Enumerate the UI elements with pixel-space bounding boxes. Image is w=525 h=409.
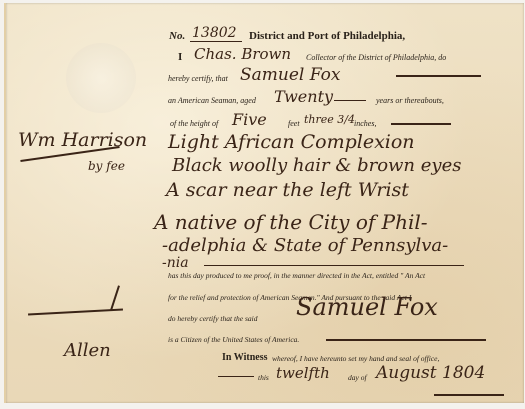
height-feet: Five <box>232 110 267 129</box>
this-label: this <box>258 373 269 382</box>
height-flourish <box>391 123 451 125</box>
origin-line-3: -nia <box>162 255 189 271</box>
height-inches: three 3/4 <box>304 113 355 126</box>
origin-line-1: A native of the City of Phil- <box>154 210 428 234</box>
citizen-line: is a Citizen of the United States of Ame… <box>168 335 299 344</box>
margin-signature-harrison: Wm Harrison <box>18 129 147 151</box>
proof-line-1: has this day produced to me proof, in th… <box>168 271 425 280</box>
date-flourish <box>434 394 504 396</box>
witness-text: whereof, I have hereunto set my hand and… <box>272 354 439 363</box>
age-label: an American Seaman, aged <box>168 96 256 105</box>
citizen-underline <box>326 339 486 341</box>
certificate-number: 13802 <box>192 25 237 41</box>
proof-line-3: do hereby certify that the said <box>168 314 258 323</box>
height-label: of the height of <box>170 119 218 128</box>
feet-label: feet <box>288 119 300 128</box>
margin-flourish-stroke <box>110 285 119 310</box>
age-underline <box>334 100 366 101</box>
collector-name: Chas. Brown <box>194 45 291 63</box>
number-underline <box>190 41 242 42</box>
i-label: I <box>178 51 182 63</box>
name-flourish <box>396 75 481 77</box>
origin-underline <box>204 265 464 266</box>
origin-line-2: -adelphia & State of Pennsylva- <box>162 235 448 256</box>
hair-eyes-text: Black woolly hair & brown eyes <box>172 155 461 176</box>
collector-text: Collector of the District of Philadelphi… <box>306 53 446 62</box>
complexion-text: Light African Complexion <box>168 131 415 153</box>
certificate-document: No. 13802 District and Port of Philadelp… <box>4 3 524 403</box>
day-of-label: day of <box>348 373 367 382</box>
hereby-certify-text: hereby certify, that <box>168 74 228 83</box>
seaman-signature: Samuel Fox <box>296 293 438 321</box>
margin-signature-allen: Allen <box>64 340 111 361</box>
day-value: twelfth <box>276 364 330 382</box>
marks-text: A scar near the left Wrist <box>166 179 409 201</box>
margin-flourish <box>28 309 123 316</box>
witness-bold: In Witness <box>222 352 267 363</box>
inches-label: inches, <box>354 119 376 128</box>
number-label: No. <box>169 30 185 42</box>
month-year: August 1804 <box>376 363 485 383</box>
witness-dash <box>218 376 254 377</box>
seaman-age: Twenty <box>274 87 333 106</box>
embossed-seal <box>66 43 136 113</box>
margin-signature-note: by fee <box>88 159 125 173</box>
years-text: years or thereabouts, <box>376 96 444 105</box>
seaman-name: Samuel Fox <box>240 65 340 85</box>
district-header: District and Port of Philadelphia, <box>249 30 405 42</box>
